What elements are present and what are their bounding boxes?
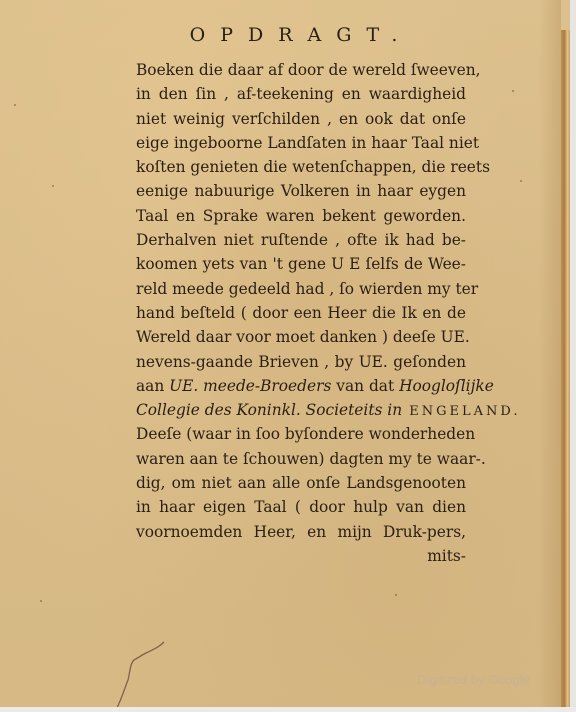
italic-run: Collegie des Koninkl. Societeits in xyxy=(136,401,402,419)
text-run: van dat xyxy=(331,377,399,395)
text-line: Boeken die daar af door de wereld ſweeve… xyxy=(136,58,466,82)
body-text: Boeken die daar af door de wereld ſweeve… xyxy=(136,58,466,568)
page-edge xyxy=(561,30,570,707)
catchword: mits- xyxy=(136,544,466,568)
paper-speck xyxy=(40,600,42,602)
italic-run: UE. meede-Broeders xyxy=(169,377,331,395)
paper-speck xyxy=(512,90,514,92)
text-line: Deeſe (waar in ſoo byſondere wonderheden xyxy=(136,422,466,446)
text-line: koomen yets van 't gene U E ſelfs de Wee… xyxy=(136,252,466,276)
text-run: aan xyxy=(136,377,169,395)
paper-speck xyxy=(52,185,54,187)
text-line: Wereld daar voor moet danken ) deeſe UE. xyxy=(136,325,466,349)
text-line-mixed: aan UE. meede-Broeders van dat Hoogloſli… xyxy=(136,374,466,398)
text-line: nevens-gaande Brieven , by UE. geſonden xyxy=(136,350,466,374)
book-page: OPDRAGT. Boeken die daar af door de were… xyxy=(0,0,570,707)
text-line: Derhalven niet ruſtende , ofte ik had be… xyxy=(136,228,466,252)
paper-speck xyxy=(520,180,522,182)
watermark: Digitized by Google xyxy=(417,672,530,687)
text-line: eige ingeboorne Landſaten in haar Taal n… xyxy=(136,131,466,155)
text-line: in den ſin , af-teekening en waardigheid xyxy=(136,82,466,106)
text-line-mixed: Collegie des Koninkl. Societeits in ENGE… xyxy=(136,398,466,422)
paper-crack xyxy=(112,640,182,707)
text-line: Taal en Sprake waren bekent geworden. xyxy=(136,204,466,228)
text-line: eenige nabuurige Volkeren in haar eygen xyxy=(136,179,466,203)
page-gutter-shadow xyxy=(539,0,561,707)
text-line: niet weinig verſchilden , en ook dat onſ… xyxy=(136,107,466,131)
scan-margin-bottom xyxy=(0,707,576,712)
paper-speck xyxy=(14,104,16,106)
italic-run: Hoogloſlijke xyxy=(399,377,494,395)
text-line: in haar eigen Taal ( door hulp van dien xyxy=(136,495,466,519)
text-line: voornoemden Heer, en mijn Druk-pers, xyxy=(136,520,466,544)
text-line: hand beſteld ( door een Heer die Ik en d… xyxy=(136,301,466,325)
smallcaps-run: ENGELAND. xyxy=(402,404,520,419)
text-line: reld meede gedeeld had , ſo wierden my t… xyxy=(136,277,466,301)
paper-speck xyxy=(395,594,397,596)
scan-margin-right xyxy=(570,0,576,712)
text-line: koſten genieten die wetenſchappen, die r… xyxy=(136,155,466,179)
text-line: waren aan te ſchouwen) dagten my te waar… xyxy=(136,447,466,471)
text-line: dig, om niet aan alle onſe Landsgenooten xyxy=(136,471,466,495)
running-header: OPDRAGT. xyxy=(0,24,570,46)
